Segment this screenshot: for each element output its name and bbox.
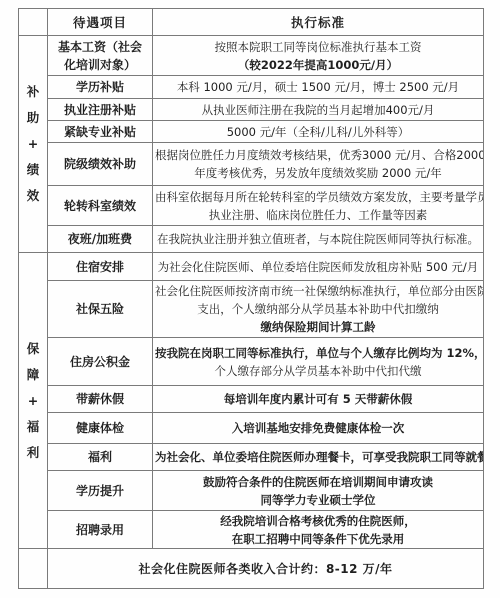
benefit-standard-text: 由科室依据每月所在轮转科室的学员绩效方案发放，主要考量学员的执业注册、临床岗位胜…	[153, 186, 484, 226]
benefit-item-label: 紧缺专业补贴	[48, 121, 153, 143]
table-row: 学历提升鼓励符合条件的住院医师在培训期间申请攻读同等学力专业硕士学位	[19, 471, 484, 511]
benefit-standard-text: 根据岗位胜任力月度绩效考核结果，优秀3000 元/月、合格2000 元/月；年度…	[153, 143, 484, 186]
benefit-item-label: 学历补贴	[48, 76, 153, 99]
table-row: 轮转科室绩效由科室依据每月所在轮转科室的学员绩效方案发放，主要考量学员的执业注册…	[19, 186, 484, 226]
group-label-subsidy-performance: 补助+绩效	[19, 36, 48, 253]
benefit-standard-text: 5000 元/年（全科/儿科/儿外科等）	[153, 121, 484, 143]
table-row: 执业注册补贴从执业医师注册在我院的当月起增加400元/月	[19, 99, 484, 121]
table-row: 学历补贴本科 1000 元/月，硕士 1500 元/月，博士 2500 元/月	[19, 76, 484, 99]
benefit-item-label: 招聘录用	[48, 511, 153, 549]
table-row: 紧缺专业补贴5000 元/年（全科/儿科/儿外科等）	[19, 121, 484, 143]
group-label-security-welfare: 保障+福利	[19, 253, 48, 549]
benefit-standard-text: 鼓励符合条件的住院医师在培训期间申请攻读同等学力专业硕士学位	[153, 471, 484, 511]
table-row: 保障+福利住宿安排为社会化住院医师、单位委培住院医师发放租房补贴 500 元/月	[19, 253, 484, 281]
header-row: 待遇项目 执行标准	[19, 9, 484, 36]
benefit-standard-text: 按照本院职工同等岗位标准执行基本工资（较2022年提高1000元/月）	[153, 36, 484, 76]
total-income-summary: 社会化住院医师各类收入合计约：8-12 万/年	[48, 549, 484, 589]
benefit-item-label: 夜班/加班费	[48, 226, 153, 253]
table-row: 福利为社会化、单位委培住院医师办理餐卡，可享受我院职工同等就餐条件	[19, 444, 484, 471]
footer-row: 社会化住院医师各类收入合计约：8-12 万/年	[19, 549, 484, 589]
benefit-item-label: 福利	[48, 444, 153, 471]
header-standard-column: 执行标准	[153, 9, 484, 36]
benefit-standard-text: 每培训年度内累计可有 5 天带薪休假	[153, 386, 484, 413]
benefit-standard-text: 按我院在岗职工同等标准执行，单位与个人缴存比例均为 12%，个人缴存部分从学员基…	[153, 338, 484, 386]
table-row: 招聘录用经我院培训合格考核优秀的住院医师，在职工招聘中同等条件下优先录用	[19, 511, 484, 549]
benefit-standard-text: 从执业医师注册在我院的当月起增加400元/月	[153, 99, 484, 121]
table-row: 夜班/加班费在我院执业注册并独立值班者，与本院住院医师同等执行标准。	[19, 226, 484, 253]
table-row: 住房公积金按我院在岗职工同等标准执行，单位与个人缴存比例均为 12%，个人缴存部…	[19, 338, 484, 386]
benefit-item-label: 轮转科室绩效	[48, 186, 153, 226]
header-group-spacer	[19, 9, 48, 36]
benefit-standard-text: 社会化住院医师按济南市统一社保缴纳标准执行，单位部分由医院支出，个人缴纳部分从学…	[153, 281, 484, 338]
benefit-standard-text: 本科 1000 元/月，硕士 1500 元/月，博士 2500 元/月	[153, 76, 484, 99]
benefit-item-label: 基本工资（社会化培训对象）	[48, 36, 153, 76]
footer-group-spacer	[19, 549, 48, 589]
benefit-item-label: 住宿安排	[48, 253, 153, 281]
benefit-standard-text: 为社会化、单位委培住院医师办理餐卡，可享受我院职工同等就餐条件	[153, 444, 484, 471]
benefit-standard-text: 为社会化住院医师、单位委培住院医师发放租房补贴 500 元/月	[153, 253, 484, 281]
benefits-table: 待遇项目 执行标准 补助+绩效基本工资（社会化培训对象）按照本院职工同等岗位标准…	[18, 8, 484, 589]
benefit-item-label: 学历提升	[48, 471, 153, 511]
benefit-item-label: 健康体检	[48, 413, 153, 444]
table-row: 院级绩效补助根据岗位胜任力月度绩效考核结果，优秀3000 元/月、合格2000 …	[19, 143, 484, 186]
benefit-item-label: 院级绩效补助	[48, 143, 153, 186]
table-row: 健康体检入培训基地安排免费健康体检一次	[19, 413, 484, 444]
table-row: 带薪休假每培训年度内累计可有 5 天带薪休假	[19, 386, 484, 413]
benefit-item-label: 住房公积金	[48, 338, 153, 386]
header-item-column: 待遇项目	[48, 9, 153, 36]
benefit-item-label: 执业注册补贴	[48, 99, 153, 121]
table-row: 社保五险社会化住院医师按济南市统一社保缴纳标准执行，单位部分由医院支出，个人缴纳…	[19, 281, 484, 338]
table-row: 补助+绩效基本工资（社会化培训对象）按照本院职工同等岗位标准执行基本工资（较20…	[19, 36, 484, 76]
document-page: 待遇项目 执行标准 补助+绩效基本工资（社会化培训对象）按照本院职工同等岗位标准…	[0, 0, 500, 598]
benefit-item-label: 带薪休假	[48, 386, 153, 413]
benefit-standard-text: 入培训基地安排免费健康体检一次	[153, 413, 484, 444]
benefit-item-label: 社保五险	[48, 281, 153, 338]
benefit-standard-text: 在我院执业注册并独立值班者，与本院住院医师同等执行标准。	[153, 226, 484, 253]
benefit-standard-text: 经我院培训合格考核优秀的住院医师，在职工招聘中同等条件下优先录用	[153, 511, 484, 549]
